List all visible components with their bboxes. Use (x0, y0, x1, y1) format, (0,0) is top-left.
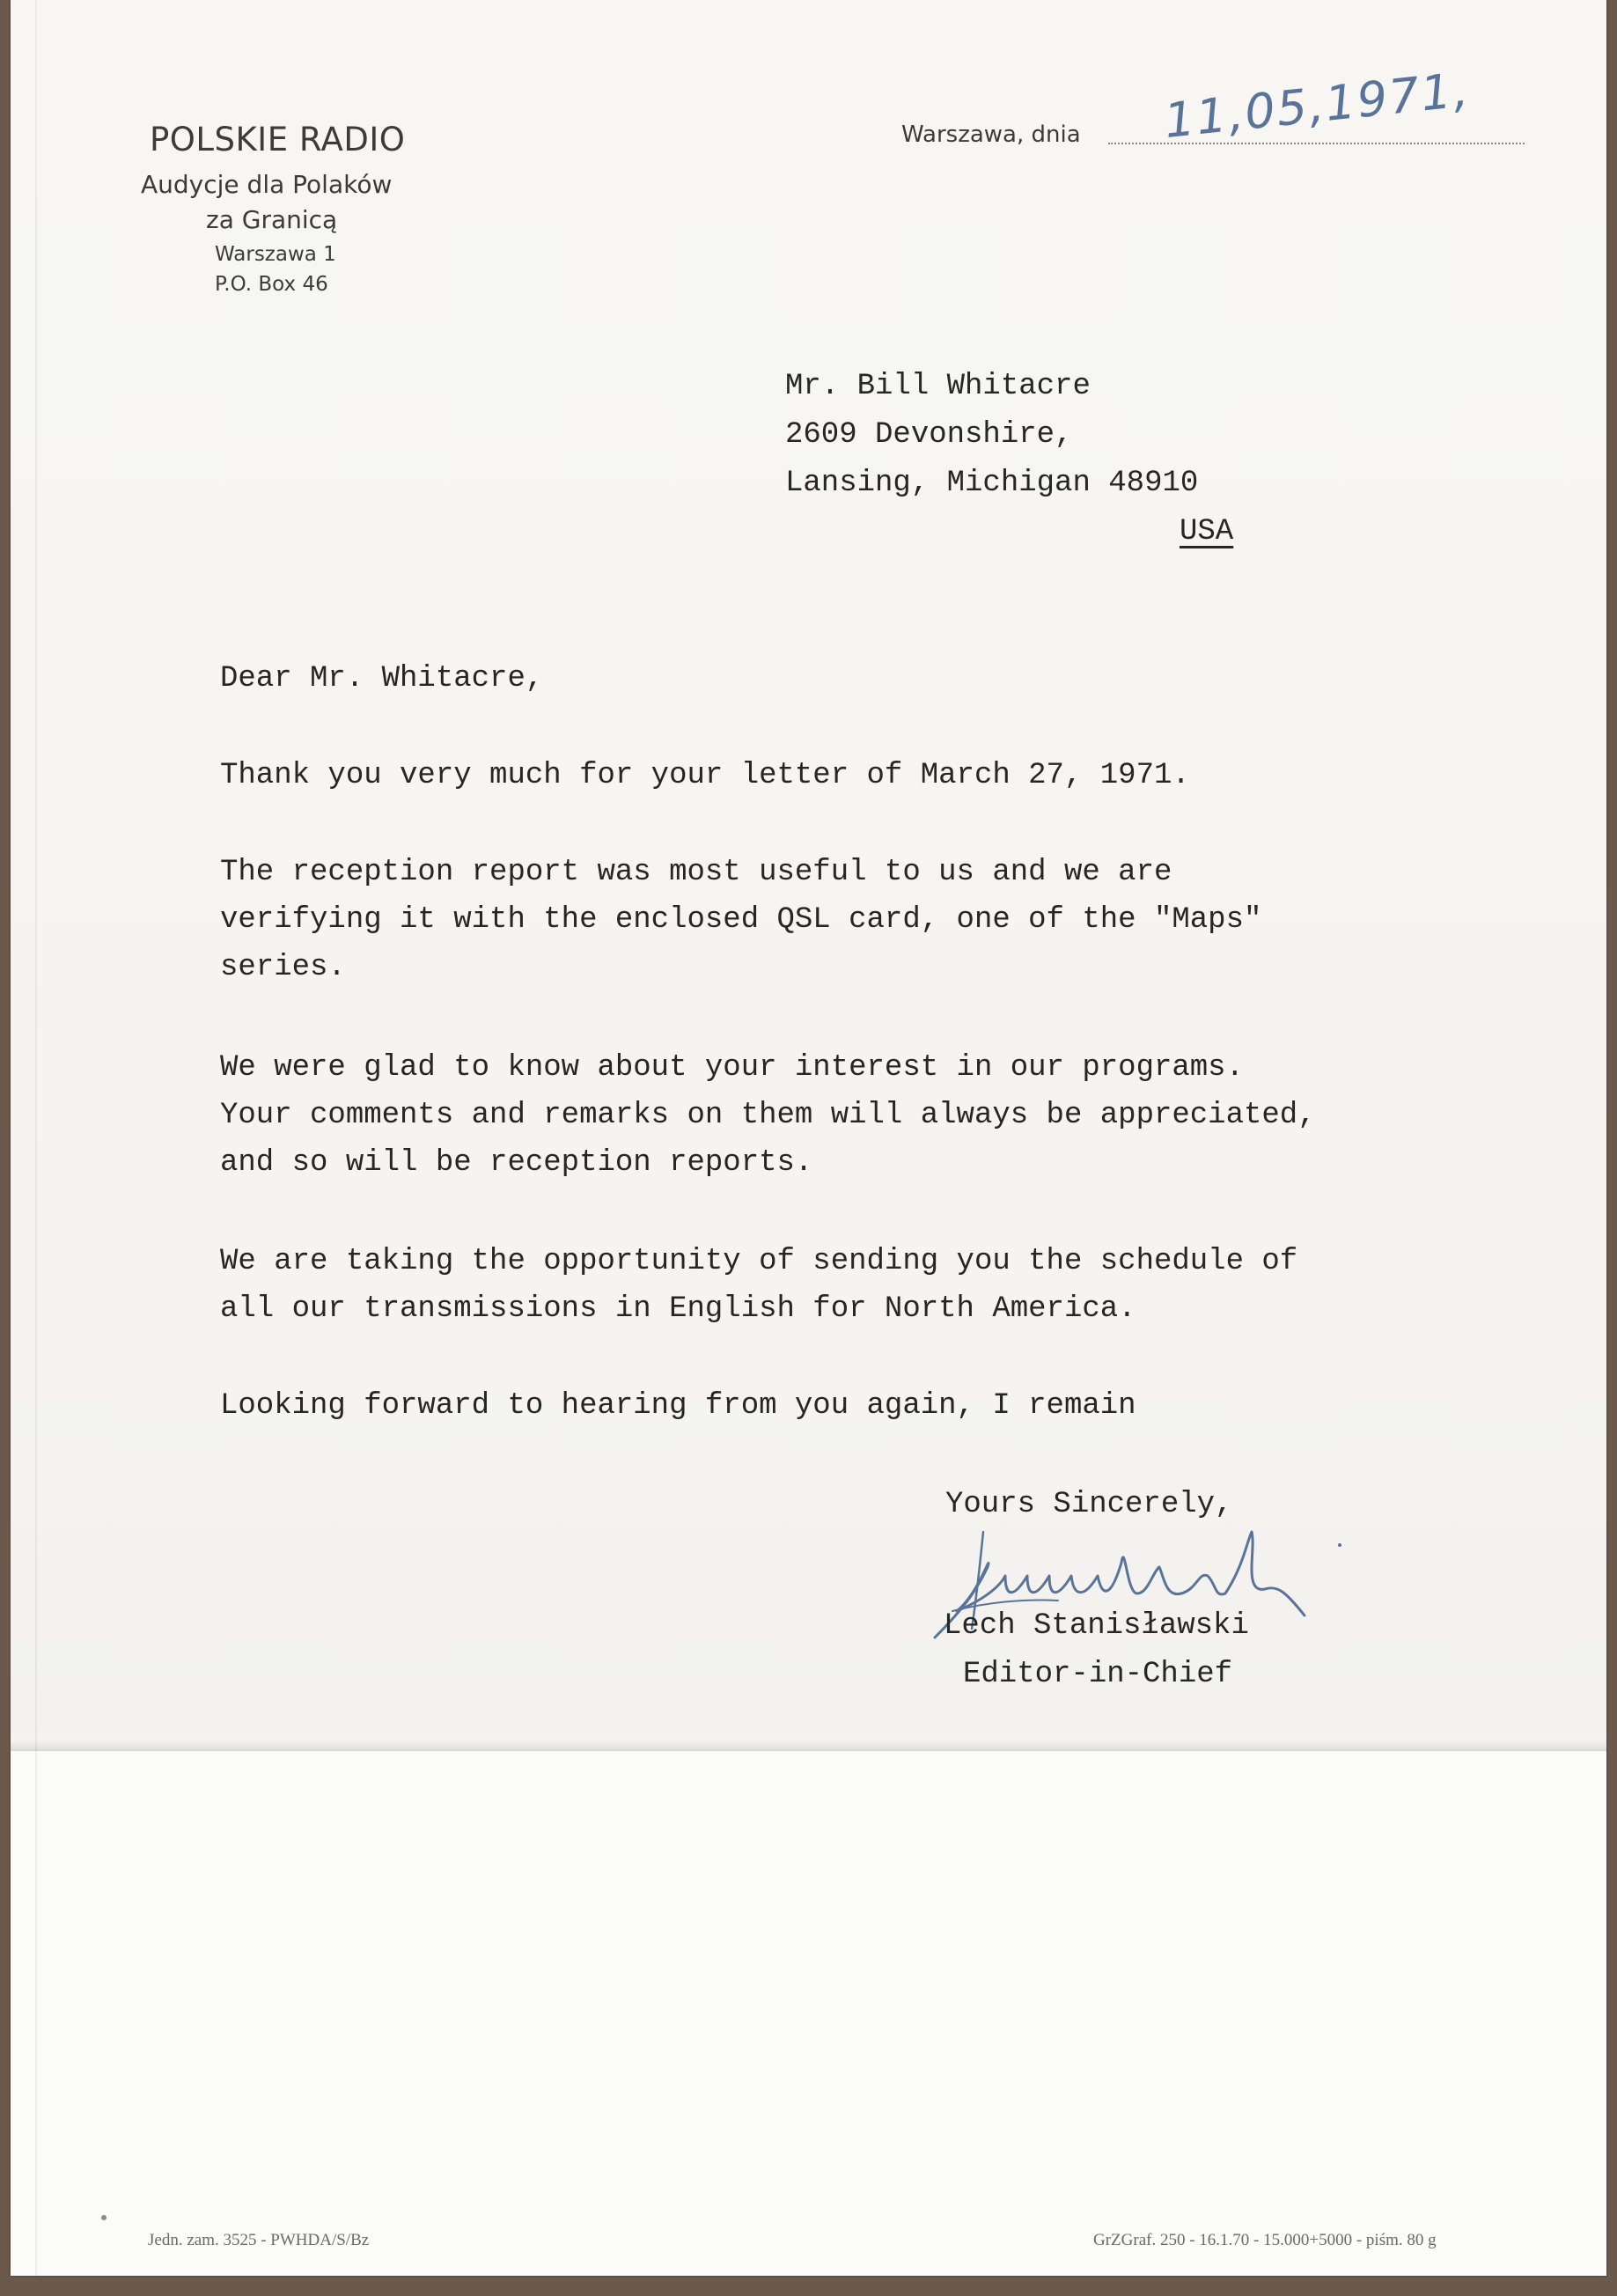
paragraph-1-line-1: Thank you very much for your letter of M… (220, 759, 1190, 792)
footer-print-code-left: Jedn. zam. 3525 - PWHDA/S/Bz (148, 2231, 369, 2250)
handwritten-date: 11,05,1971, (1162, 62, 1473, 149)
paper-edge-crease (35, 0, 37, 2276)
signer-name: Lech Stanisławski (944, 1609, 1249, 1643)
letterhead-department-line2: za Granicą (206, 205, 337, 234)
letterhead-city: Warszawa 1 (215, 243, 336, 266)
letterhead-po-box: P.O. Box 46 (215, 273, 328, 296)
paragraph-3-line-1: We were glad to know about your interest… (220, 1051, 1244, 1085)
paper-fold-line (11, 1739, 1606, 1751)
letter-sheet: POLSKIE RADIO Audycje dla Polaków za Gra… (11, 0, 1606, 2276)
recipient-country: USA (1180, 515, 1233, 548)
print-mark-dot (101, 2215, 107, 2220)
paragraph-4-line-2: all our transmissions in English for Nor… (220, 1292, 1136, 1326)
recipient-street: 2609 Devonshire, (785, 418, 1072, 452)
paragraph-2-line-2: verifying it with the enclosed QSL card,… (220, 903, 1261, 937)
paragraph-3-line-2: Your comments and remarks on them will a… (220, 1099, 1316, 1132)
signer-title: Editor-in-Chief (963, 1658, 1232, 1691)
paragraph-3-line-3: and so will be reception reports. (220, 1146, 812, 1180)
letterhead-organization: POLSKIE RADIO (150, 121, 405, 158)
paragraph-2-line-1: The reception report was most useful to … (220, 856, 1172, 889)
paragraph-5-line-1: Looking forward to hearing from you agai… (220, 1389, 1136, 1423)
paragraph-4-line-1: We are taking the opportunity of sending… (220, 1245, 1297, 1278)
salutation: Dear Mr. Whitacre, (220, 662, 543, 695)
footer-print-code-right: GrZGraf. 250 - 16.1.70 - 15.000+5000 - p… (1093, 2231, 1437, 2250)
paragraph-2-line-3: series. (220, 951, 346, 984)
recipient-name: Mr. Bill Whitacre (785, 370, 1091, 403)
recipient-city-line: Lansing, Michigan 48910 (785, 467, 1198, 500)
letterhead-department-line1: Audycje dla Polaków (141, 170, 392, 199)
date-label: Warszawa, dnia (901, 121, 1081, 148)
